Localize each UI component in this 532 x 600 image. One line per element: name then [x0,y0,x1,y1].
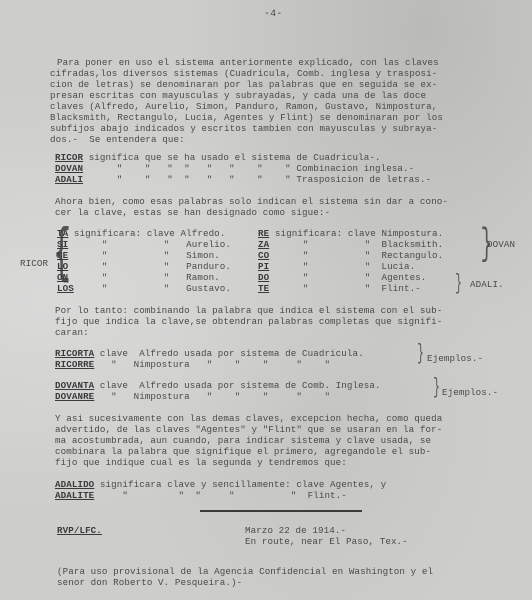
footer-line: (Para uso provisional de la Agencia Conf… [57,567,433,577]
key-row: RE significara: clave Nimpostura. [258,229,443,239]
system-code: ADALI [55,174,83,185]
paragraph-line: fijo que indica la clave,se obtendran pa… [55,317,442,327]
example-brace: } [433,377,440,399]
key-row: ON " " Ramon. [57,273,220,283]
initials: RVP/LFC. [57,526,102,536]
adali-brace: } [455,273,462,295]
example-row: ADALIDO significara clave y sencillament… [55,480,386,490]
intro-line: presan escritas con mayusculas y subraya… [50,91,426,101]
key-row: ME " " Simon. [57,251,220,261]
key-row: TA significara: clave Alfredo. [57,229,225,239]
footer-line: senor don Roberto V. Pesqueira.)- [57,578,242,588]
system-row: ADALI " " " " " " " " Trasposicion de le… [55,175,431,185]
adali-label: ADALI. [470,280,504,290]
ricor-label: RICOR [20,259,48,269]
page-number: -4- [264,10,282,20]
intro-line: Blacksmith, Rectangulo, Lucia, Agentes y… [50,113,443,123]
suffix-code: SI [57,239,68,250]
intro-line: subfijos abajo indicados y escritos tamb… [50,124,437,134]
intro-line: claves (Alfredo, Aurelio, Simon, Panduro… [50,102,437,112]
paragraph-line: advertido, de las claves "Agentes" y "Fl… [55,425,442,435]
system-code: RICOR [55,152,83,163]
paragraph-line: Y asi sucesivamente con las demas claves… [55,414,442,424]
suffix-code: ON [57,272,68,283]
key-row: SI " " Aurelio. [57,240,231,250]
suffix-code: CO [258,250,269,261]
intro-line: cion de letras) se denominaran por las p… [50,80,437,90]
key-row: PI " " Lucia. [258,262,415,272]
ejemplos-label: Ejemplos.- [427,354,483,364]
suffix-code: LO [57,261,68,272]
paragraph-line: Por lo tanto: combinando la palabra que … [55,306,442,316]
paragraph-line: combinara la palabra que signifique el p… [55,447,431,457]
suffix-code: DO [258,272,269,283]
dovan-label: DOVAN [487,240,515,250]
key-row: TE " " Flint.- [258,284,421,294]
example-row: DOVANRE " Nimpostura " " " " " [55,392,330,402]
paragraph-line: Ahora bien, como esas palabras solo indi… [55,197,448,207]
key-row: LO " " Panduro. [57,262,231,272]
system-code: DOVAN [55,163,83,174]
divider-line [200,510,362,512]
example-row: DOVANTA clave Alfredo usada por sistema … [55,381,381,391]
paragraph-line: cer la clave, estas se han designado com… [55,208,330,218]
system-row: DOVAN " " " " " " " " Combinacion ingles… [55,164,414,174]
paragraph-line: fijo que indique cual es la segunda y te… [55,458,347,468]
typewritten-document-page: -4- Para poner en uso el sistema anterio… [0,0,532,600]
example-row: RICORRE " Nimpostura " " " " " [55,360,330,370]
suffix-code: RE [258,228,269,239]
suffix-code: TE [258,283,269,294]
example-row: ADALITE " " " " " Flint.- [55,491,347,501]
key-row: ZA " " Blacksmith. [258,240,443,250]
paragraph-line: caran: [55,328,89,338]
suffix-code: LOS [57,283,74,294]
suffix-code: PI [258,261,269,272]
suffix-code: ME [57,250,68,261]
system-row: RICOR significa que se ha usado el siste… [55,153,381,163]
key-row: CO " " Rectangulo. [258,251,443,261]
suffix-code: ZA [258,239,269,250]
intro-line: Para poner en uso el sistema anteriormen… [57,58,439,68]
example-row: RICORTA clave Alfredo usada por sistema … [55,349,364,359]
intro-line: cifradas,los diversos sistemas (Cuadricu… [50,69,437,79]
example-brace: } [417,343,424,365]
suffix-code: TA [57,228,68,239]
ejemplos-label: Ejemplos.- [442,388,498,398]
key-row: LOS " " Gustavo. [57,284,231,294]
date-line: Marzo 22 de 1914.- [245,526,346,536]
paragraph-line: ma acostumbrada, aun cuando, para indica… [55,436,431,446]
key-row: DO " " Agentes. [258,273,426,283]
intro-line: dos.- Se entendera que: [50,135,185,145]
location-line: En route, near El Paso, Tex.- [245,537,408,547]
